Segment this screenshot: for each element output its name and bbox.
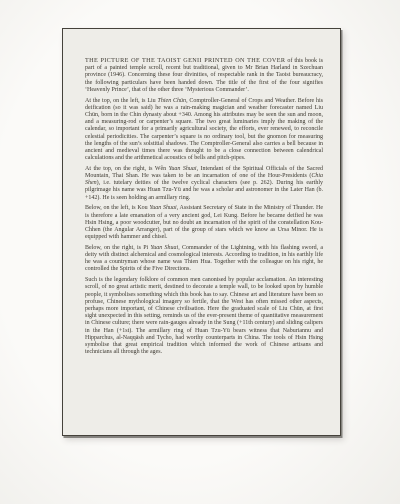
- italic-name: Yuan Shuai: [150, 245, 178, 251]
- text-run: Below, on the left, is Kou: [85, 205, 149, 211]
- book-page: THE PICTURE OF THE TAOIST GENII PRINTED …: [62, 28, 341, 436]
- italic-name: Yuan Shuai: [149, 205, 176, 211]
- paragraph-1: THE PICTURE OF THE TAOIST GENII PRINTED …: [85, 57, 323, 94]
- paragraph-3: At the top, on the right, is Wên Yuan Sh…: [85, 166, 323, 202]
- italic-name: Thien Chün: [158, 98, 187, 104]
- text-run: ), i.e. tutelary deities of the twelve c…: [85, 180, 323, 200]
- paragraph-2: At the top, on the left, is Liu Thien Ch…: [85, 98, 323, 163]
- text-run: Such is the legendary folklore of common…: [85, 277, 323, 355]
- page-text: THE PICTURE OF THE TAOIST GENII PRINTED …: [85, 57, 323, 356]
- text-run: Below, on the right, is Pi: [85, 245, 150, 251]
- italic-name: Yuan Shuai: [169, 166, 197, 172]
- text-run: , Comptroller-General of Crops and Weath…: [85, 98, 323, 162]
- text-run: At the top, on the left, is Liu: [85, 98, 158, 104]
- paragraph-5: Below, on the right, is Pi Yuan Shuai, C…: [85, 245, 323, 274]
- paragraph-6: Such is the legendary folklore of common…: [85, 277, 323, 356]
- text-run: At the top, on the right, is Wên: [85, 166, 169, 172]
- paragraph-4: Below, on the left, is Kou Yuan Shuai, A…: [85, 205, 323, 241]
- paragraph-lead-caps: THE PICTURE OF THE TAOIST GENII PRINTED …: [85, 57, 285, 64]
- scan-backdrop: THE PICTURE OF THE TAOIST GENII PRINTED …: [0, 0, 400, 504]
